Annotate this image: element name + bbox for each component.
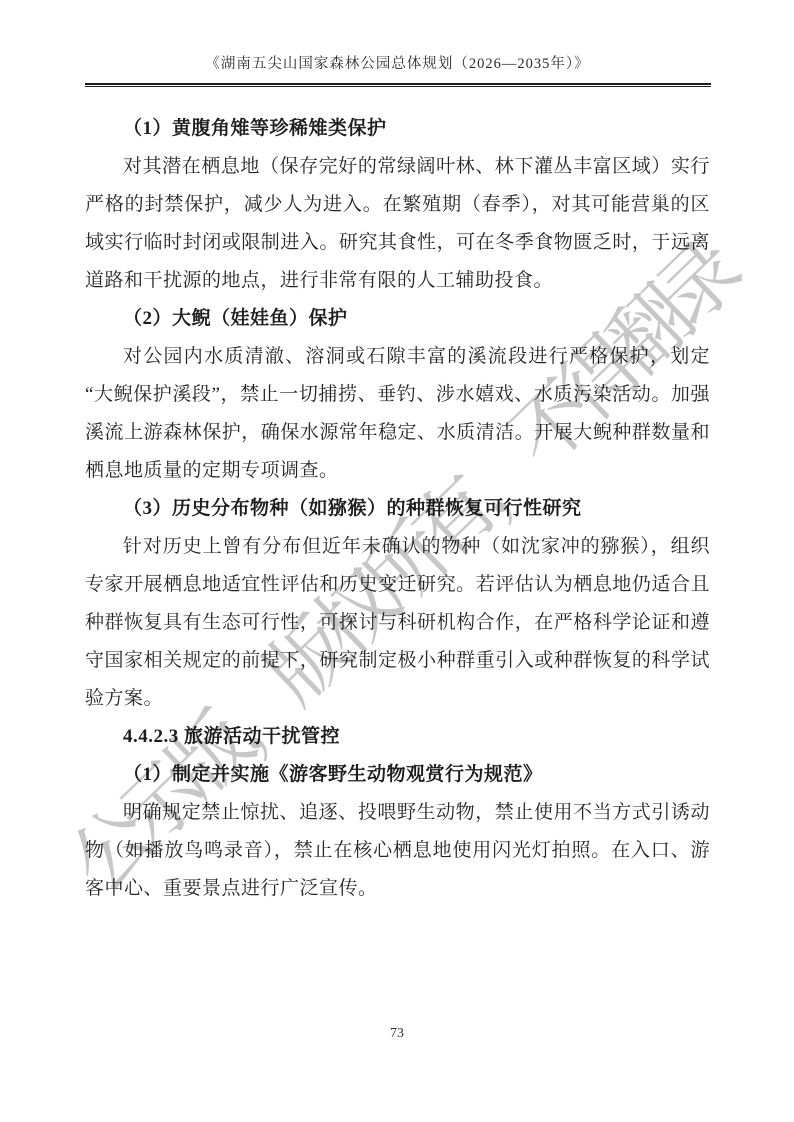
section-heading: 4.4.2.3 旅游活动干扰管控: [85, 718, 710, 756]
section-heading: （2）大鲵（娃娃鱼）保护: [85, 300, 710, 338]
document-content: （1）黄腹角雉等珍稀雉类保护对其潜在栖息地（保存完好的常绿阔叶林、林下灌丛丰富区…: [85, 110, 710, 908]
section-heading: （1）黄腹角雉等珍稀雉类保护: [85, 110, 710, 148]
section-heading: （1）制定并实施《游客野生动物观赏行为规范》: [85, 756, 710, 794]
page-number: 73: [0, 1026, 794, 1042]
page-header-title: 《湖南五尖山国家森林公园总体规划（2026—2035年）》: [85, 52, 710, 73]
document-page: 《湖南五尖山国家森林公园总体规划（2026—2035年）》 （1）黄腹角雉等珍稀…: [0, 0, 794, 1122]
body-paragraph: 对其潜在栖息地（保存完好的常绿阔叶林、林下灌丛丰富区域）实行严格的封禁保护，减少…: [85, 148, 710, 300]
body-paragraph: 对公园内水质清澈、溶洞或石隙丰富的溪流段进行严格保护，划定“大鲵保护溪段”，禁止…: [85, 338, 710, 490]
header-rule: [85, 83, 711, 87]
body-paragraph: 针对历史上曾有分布但近年未确认的物种（如沈家冲的猕猴），组织专家开展栖息地适宜性…: [85, 528, 710, 718]
section-heading: （3）历史分布物种（如猕猴）的种群恢复可行性研究: [85, 490, 710, 528]
body-paragraph: 明确规定禁止惊扰、追逐、投喂野生动物，禁止使用不当方式引诱动物（如播放鸟鸣录音）…: [85, 794, 710, 908]
